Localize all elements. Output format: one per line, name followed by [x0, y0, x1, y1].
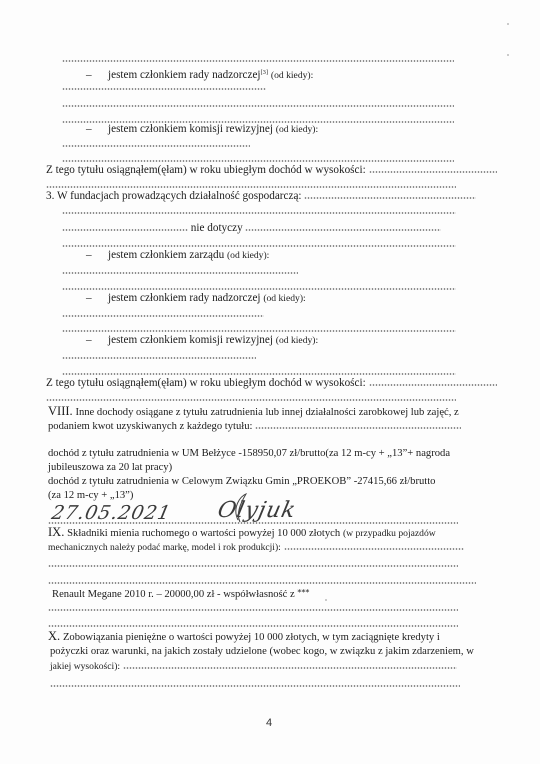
- scan-speck: [507, 54, 509, 56]
- section-X-heading-cont: jakiej wysokości):: [50, 660, 457, 673]
- redacted-mark: ***: [297, 588, 309, 597]
- fill-line: [62, 357, 256, 359]
- fill-line: [62, 330, 456, 332]
- fill-line: [62, 229, 188, 231]
- income-entry: dochód z tytułu zatrudnienia w UM Bełżyc…: [48, 447, 450, 460]
- fill-line: [369, 171, 497, 173]
- fill-line: [62, 272, 298, 274]
- fill-line: [48, 625, 458, 627]
- section-IX-heading: IX. Składniki mienia ruchomego o wartośc…: [48, 526, 436, 540]
- section-numeral: X.: [48, 629, 60, 643]
- fill-line: [62, 88, 266, 90]
- fill-line: [50, 685, 460, 687]
- fill-line: [62, 160, 454, 162]
- section-X-heading: X. Zobowiązania pieniężne o wartości pow…: [48, 630, 440, 644]
- dash-bullet: –: [62, 249, 108, 262]
- fill-line: [62, 288, 456, 290]
- fill-line: [304, 197, 476, 199]
- fill-line: [255, 427, 461, 429]
- dash-bullet: –: [62, 292, 108, 305]
- member-item-supervisory-board: –jestem członkiem rady nadzorczej (od ki…: [62, 292, 306, 305]
- footnote-marker: [3]: [261, 69, 269, 76]
- section-3-heading: 3. W fundacjach prowadzących działalność…: [46, 190, 476, 203]
- scan-speck: [325, 599, 327, 601]
- section-3-answer-line: nie dotyczy: [62, 222, 441, 235]
- section-VIII-heading: VIII. Inne dochody osiągane z tytułu zat…: [48, 405, 459, 419]
- section-numeral: VIII.: [48, 404, 73, 418]
- declaration-page: –jestem członkiem rady nadzorczej[3] (od…: [0, 0, 540, 764]
- fill-line: [123, 667, 457, 669]
- fill-line: [62, 60, 454, 62]
- dash-bullet: –: [62, 334, 108, 347]
- member-item-audit-committee: –jestem członkiem komisji rewizyjnej (od…: [62, 123, 318, 136]
- section-numeral: IX.: [48, 525, 64, 539]
- fill-line: [48, 522, 458, 524]
- member-item-audit-committee: –jestem członkiem komisji rewizyjnej (od…: [62, 334, 318, 347]
- income-line: Z tego tytułu osiągnąłem(ęłam) w roku ub…: [46, 164, 456, 177]
- fill-line: [62, 245, 456, 247]
- section-X-heading-cont: pożyczki oraz warunki, na jakich zostały…: [50, 645, 474, 658]
- fill-line: [62, 212, 456, 214]
- fill-line: [62, 373, 456, 375]
- fill-line: [62, 315, 264, 317]
- handwritten-date: 27.05.2021: [50, 502, 173, 524]
- income-entry-cont: jubileuszowa za 20 lat pracy): [48, 461, 172, 474]
- fill-line: [46, 399, 456, 401]
- income-line: Z tego tytułu osiągnąłem(ęłam) w roku ub…: [46, 377, 456, 390]
- member-item-supervisory-board: –jestem członkiem rady nadzorczej[3] (od…: [62, 66, 313, 82]
- dash-bullet: –: [62, 123, 108, 136]
- fill-line: [62, 105, 454, 107]
- movable-asset-entry: Renault Megane 2010 r. – 20000,00 zł - w…: [52, 586, 309, 601]
- scan-speck: [507, 23, 509, 25]
- fill-line: [284, 548, 464, 550]
- section-3-answer: nie dotyczy: [191, 222, 243, 234]
- fill-line: [46, 186, 456, 188]
- section-VIII-heading-cont: podaniem kwot uzyskiwanych z każdego tyt…: [48, 420, 461, 433]
- fill-line: [48, 565, 458, 567]
- fill-line: [369, 384, 497, 386]
- income-entry: dochód z tytułu zatrudnienia w Celowym Z…: [48, 475, 435, 488]
- page-number: 4: [266, 717, 272, 729]
- fill-line: [245, 229, 441, 231]
- fill-line: [48, 609, 458, 611]
- section-IX-heading-cont: mechanicznych należy podać markę, model …: [48, 541, 464, 554]
- income-entry-cont: (za 12 m-cy + „13”): [48, 489, 133, 502]
- fill-line: [62, 145, 250, 147]
- signature-stroke: [210, 490, 320, 530]
- fill-line: [48, 582, 476, 584]
- member-item-management-board: –jestem członkiem zarządu (od kiedy):: [62, 249, 269, 262]
- dash-bullet: –: [62, 69, 108, 82]
